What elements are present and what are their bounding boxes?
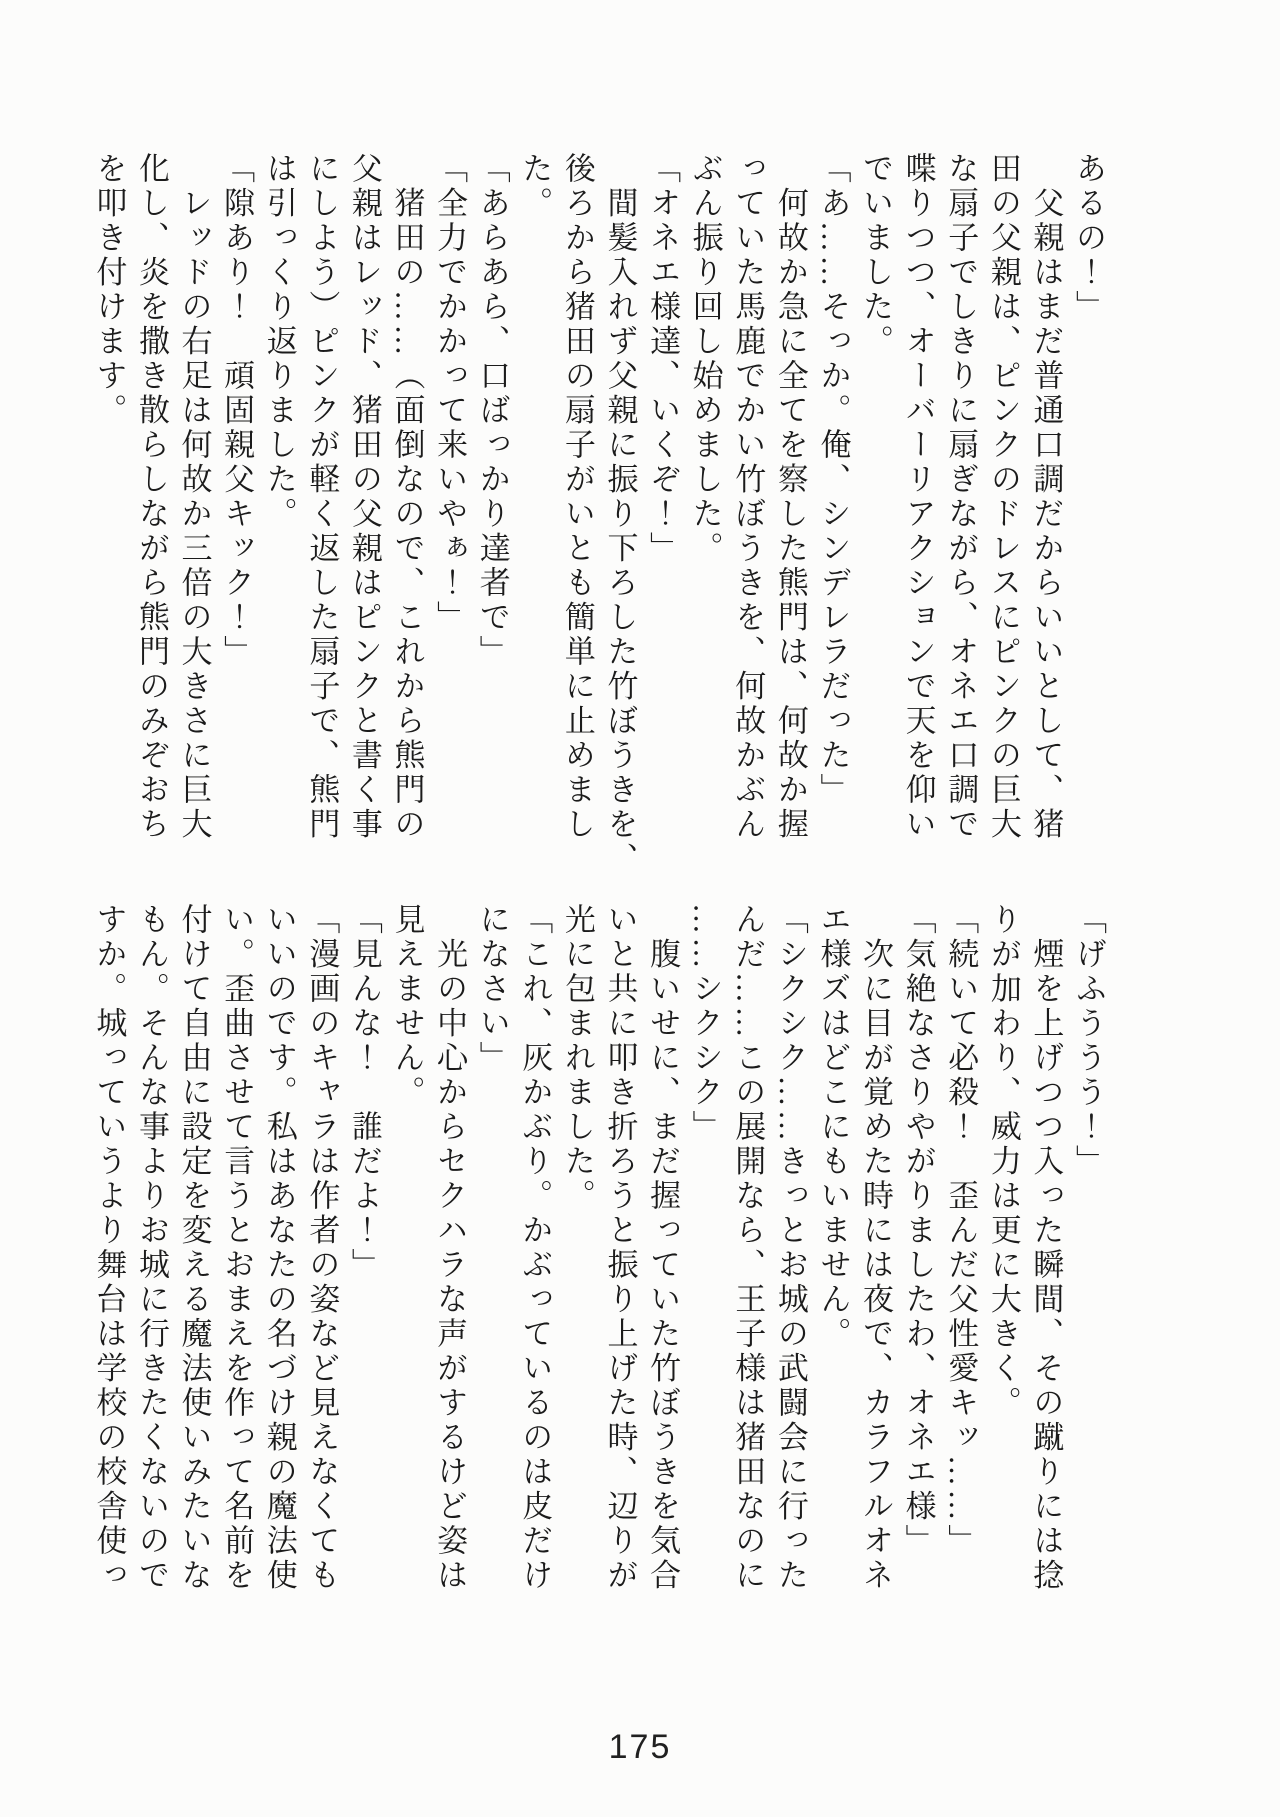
text-block-top: あるの！」 父親はまだ普通口調だからいいとして、猪田の父親は、ピンクのドレスにピ… xyxy=(86,152,1109,904)
text-line: レッドの右足は何故か三倍の大きさに巨大 xyxy=(172,152,215,904)
text-line: 「見んな！ 誰だよ！」 xyxy=(342,903,385,1663)
text-line: 「げふううう！」 xyxy=(1066,903,1109,1663)
text-line: 「シクシク……きっとお城の武闘会に行った xyxy=(768,903,811,1663)
text-line: 光に包まれました。 xyxy=(555,903,598,1663)
text-line: 父親はまだ普通口調だからいいとして、猪 xyxy=(1024,152,1067,904)
text-line: りが加わり、威力は更に大きく。 xyxy=(981,903,1024,1663)
text-line: 「オネエ様達、いくぞ！」 xyxy=(640,152,683,904)
text-line: 「あらあら、口ばっかり達者で」 xyxy=(470,152,513,904)
text-line: もん。そんな事よりお城に行きたくないので xyxy=(129,903,172,1663)
text-line: な扇子でしきりに扇ぎながら、オネエ口調で xyxy=(939,152,982,904)
text-line: になさい」 xyxy=(470,903,513,1663)
text-line: 「あ……そっか。俺、シンデレラだった」 xyxy=(811,152,854,904)
text-line: 見えません。 xyxy=(385,903,428,1663)
text-line: んだ……この展開なら、王子様は猪田なのに xyxy=(726,903,769,1663)
text-line: 後ろから猪田の扇子がいとも簡単に止めまし xyxy=(555,152,598,904)
text-block-bottom: 「げふううう！」 煙を上げつつ入った瞬間、その蹴りには捻りが加わり、威力は更に大… xyxy=(86,903,1109,1663)
text-line: 「全力でかかって来いやぁ！」 xyxy=(428,152,471,904)
text-line: 付けて自由に設定を変える魔法使いみたいな xyxy=(172,903,215,1663)
text-line: 「続いて必殺！ 歪んだ父性愛キッ……」 xyxy=(939,903,982,1663)
text-line: は引っくり返りました。 xyxy=(257,152,300,904)
text-line: すか。城っていうより舞台は学校の校舎使っ xyxy=(87,903,130,1663)
text-line: 次に目が覚めた時には夜で、カラフルオネ xyxy=(853,903,896,1663)
text-line: ぶん振り回し始めました。 xyxy=(683,152,726,904)
text-line: いいのです。私はあなたの名づけ親の魔法使 xyxy=(257,903,300,1663)
text-line: 「漫画のキャラは作者の姿など見えなくても xyxy=(300,903,343,1663)
text-line: を叩き付けます。 xyxy=(87,152,130,904)
text-line: っていた馬鹿でかい竹ぼうきを、何故かぶん xyxy=(726,152,769,904)
text-line: にしよう）ピンクが軽く返した扇子で、熊門 xyxy=(300,152,343,904)
text-line: 化し、炎を撒き散らしながら熊門のみぞおち xyxy=(129,152,172,904)
text-line: 腹いせに、まだ握っていた竹ぼうきを気合 xyxy=(640,903,683,1663)
text-line: 父親はレッド、猪田の父親はピンクと書く事 xyxy=(342,152,385,904)
text-line: た。 xyxy=(513,152,556,904)
text-line: 煙を上げつつ入った瞬間、その蹴りには捻 xyxy=(1024,903,1067,1663)
text-line: いと共に叩き折ろうと振り上げた時、辺りが xyxy=(598,903,641,1663)
text-line: 田の父親は、ピンクのドレスにピンクの巨大 xyxy=(981,152,1024,904)
text-line: エ様ズはどこにもいません。 xyxy=(811,903,854,1663)
text-line: でいました。 xyxy=(853,152,896,904)
text-line: 何故か急に全てを察した熊門は、何故か握 xyxy=(768,152,811,904)
text-line: あるの！」 xyxy=(1066,152,1109,904)
text-line: 「隙あり！ 頑固親父キック！」 xyxy=(215,152,258,904)
text-line: 光の中心からセクハラな声がするけど姿は xyxy=(428,903,471,1663)
text-line: 喋りつつ、オーバーリアクションで天を仰い xyxy=(896,152,939,904)
text-line: ……シクシク」 xyxy=(683,903,726,1663)
text-line: 猪田の……（面倒なので、これから熊門の xyxy=(385,152,428,904)
text-line: 「気絶なさりやがりましたわ、オネエ様」 xyxy=(896,903,939,1663)
text-line: 間髪入れず父親に振り下ろした竹ぼうきを、 xyxy=(598,152,641,904)
novel-page: あるの！」 父親はまだ普通口調だからいいとして、猪田の父親は、ピンクのドレスにピ… xyxy=(0,0,1280,1817)
page-number: 175 xyxy=(0,1728,1280,1767)
text-line: 「これ、灰かぶり。かぶっているのは皮だけ xyxy=(513,903,556,1663)
text-line: い。歪曲させて言うとおまえを作って名前を xyxy=(215,903,258,1663)
